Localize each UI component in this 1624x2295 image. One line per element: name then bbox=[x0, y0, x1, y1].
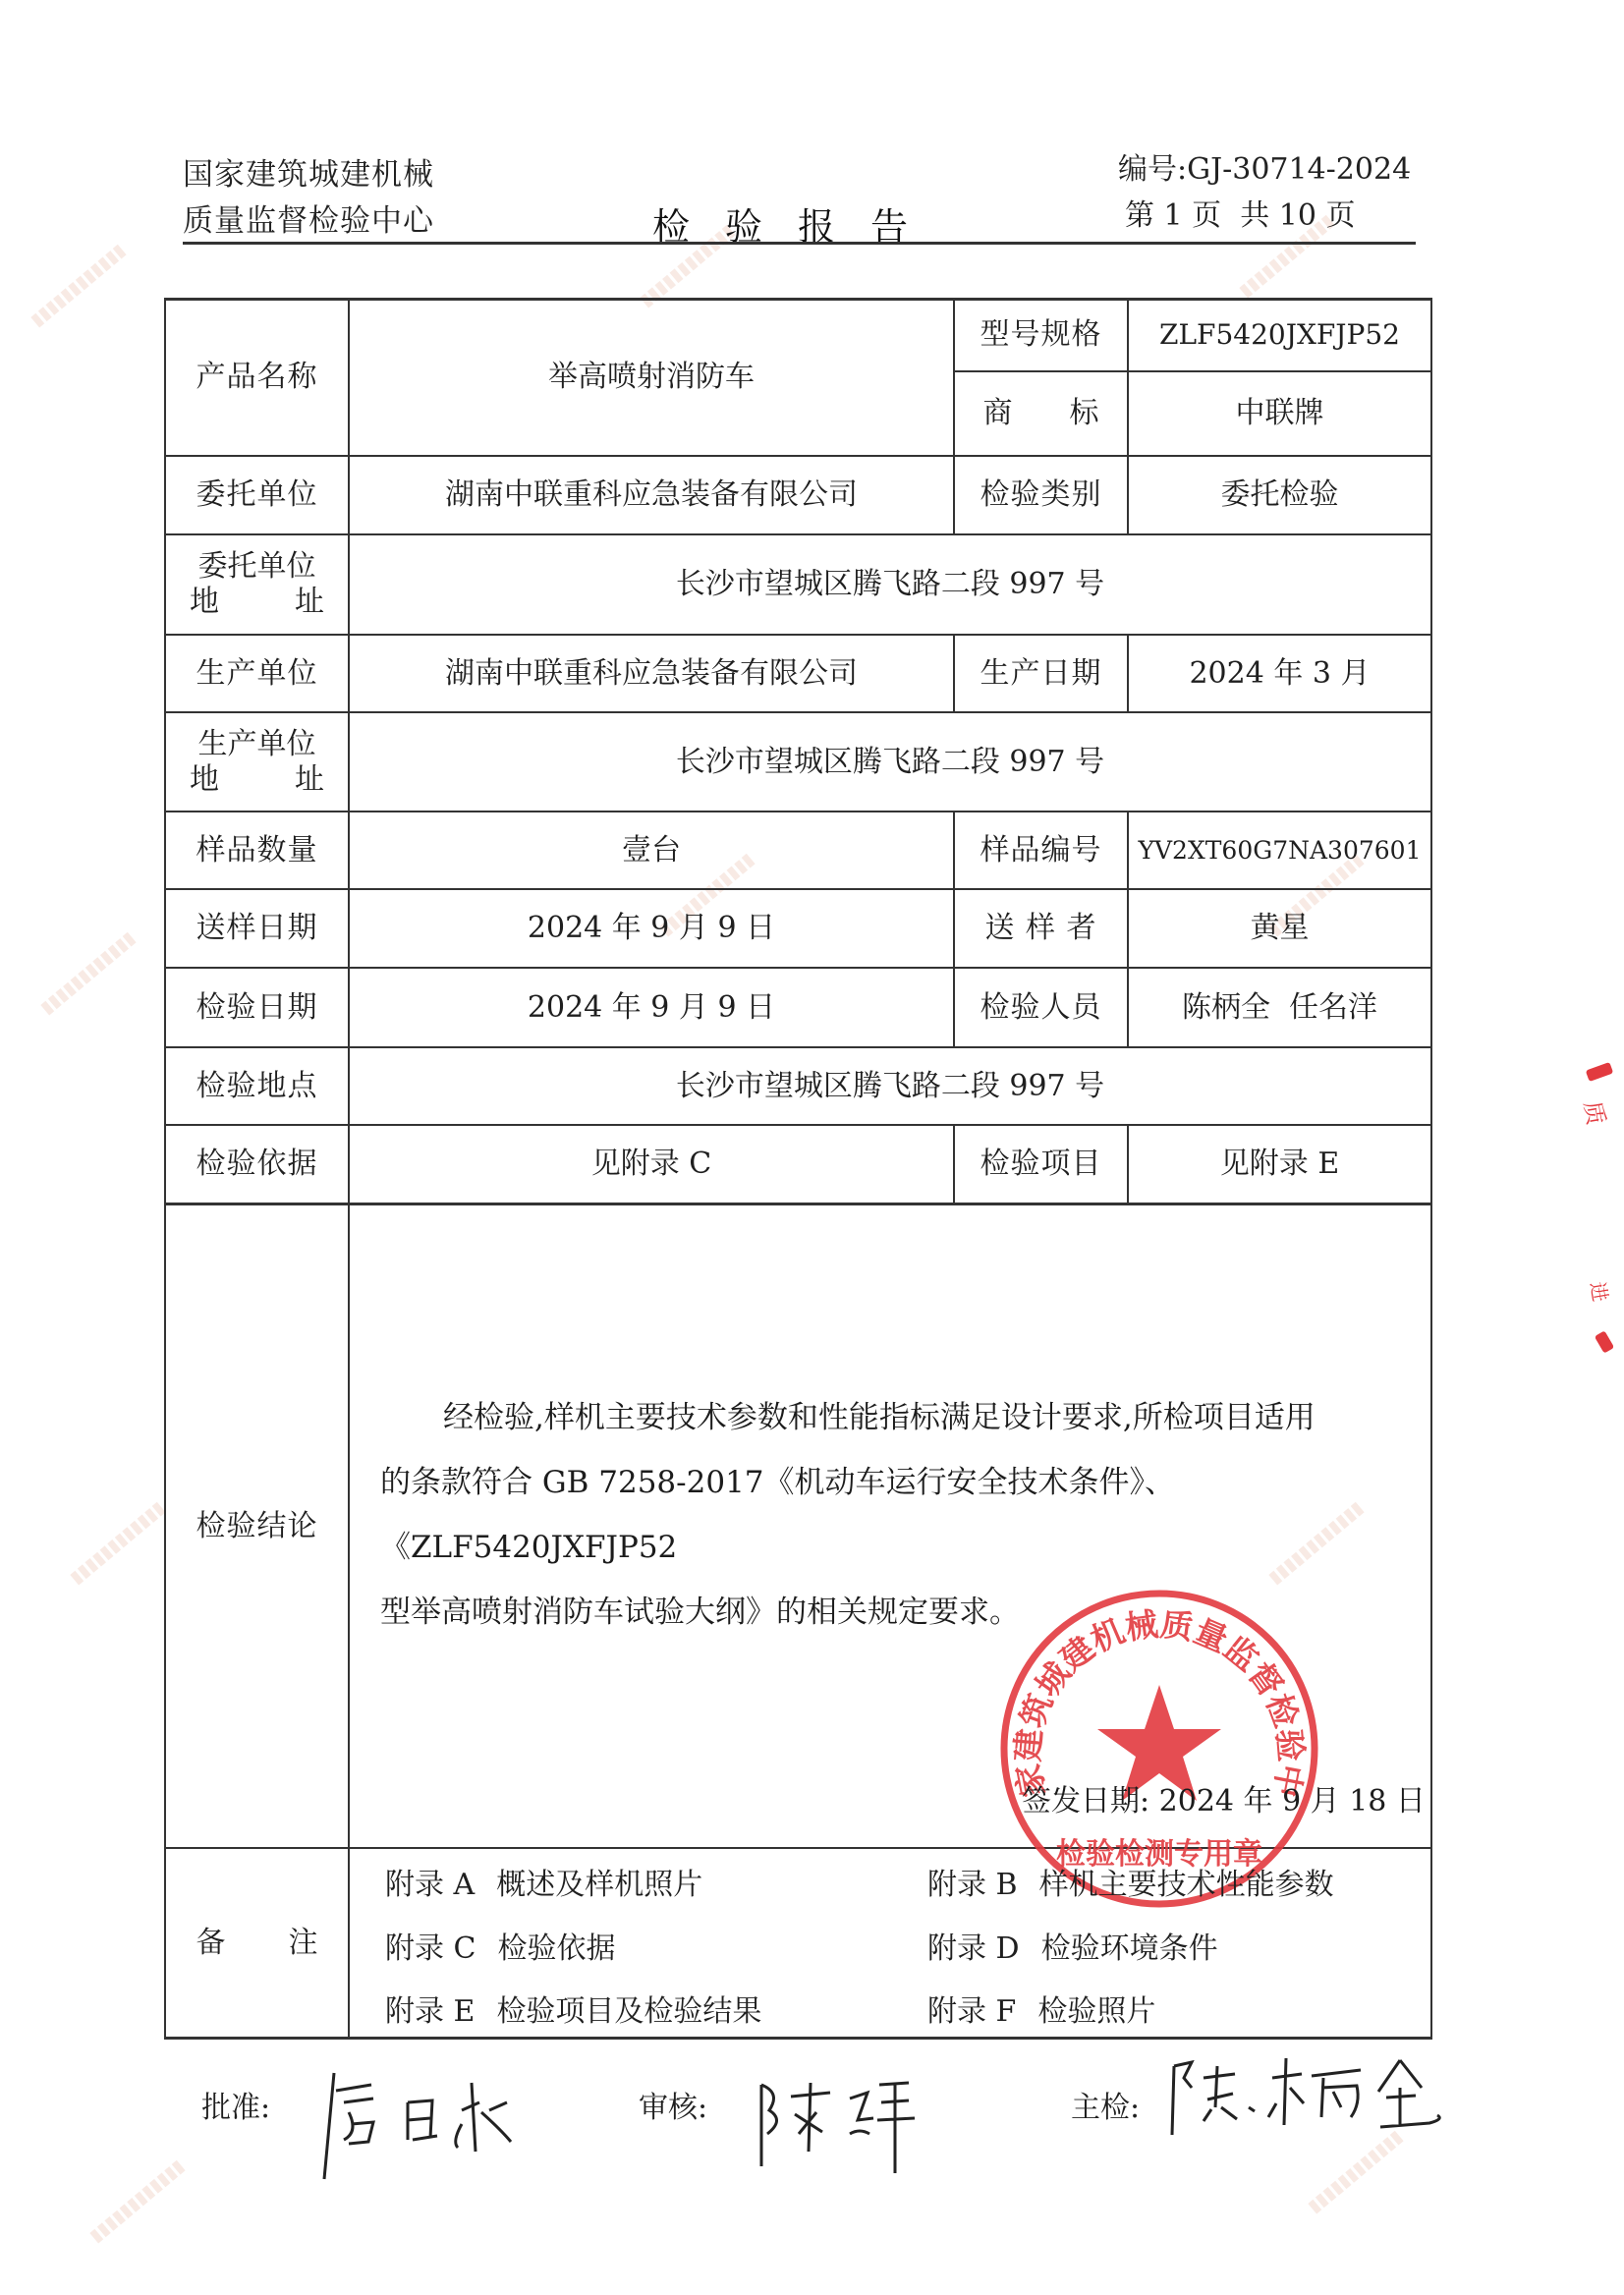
manufacturer-value: 湖南中联重科应急装备有限公司 bbox=[350, 636, 953, 711]
manufacturer-address-label-line2: 地址 bbox=[190, 762, 324, 798]
remarks-label: 备 注 bbox=[166, 1849, 348, 2037]
client-value: 湖南中联重科应急装备有限公司 bbox=[350, 457, 953, 533]
manufacturer-label: 生产单位 bbox=[166, 636, 348, 711]
sample-number-value: YV2XT60G7NA307601 bbox=[1129, 812, 1430, 888]
table-border-right bbox=[1430, 298, 1432, 2039]
brand-label: 商 标 bbox=[955, 372, 1127, 455]
sample-number-label: 样品编号 bbox=[955, 812, 1127, 888]
remarks-label-b: 注 bbox=[289, 1926, 318, 1961]
appendix-item: 附录 F检验照片 bbox=[927, 1987, 1155, 2030]
header-rule bbox=[183, 242, 1416, 245]
handwritten-signature-icon bbox=[1164, 2048, 1449, 2147]
report-number: 编号:GJ-30714-2024 bbox=[1118, 155, 1411, 185]
issue-date: 签发日期: 2024 年 9 月 18 日 bbox=[1022, 1776, 1426, 1819]
client-address-value: 长沙市望城区腾飞路二段 997 号 bbox=[350, 535, 1430, 634]
org-name-line2: 质量监督检验中心 bbox=[183, 206, 434, 237]
sample-quantity-value: 壹台 bbox=[350, 812, 953, 888]
brand-label-a: 商 bbox=[983, 396, 1013, 431]
chief-inspector-signature bbox=[1164, 2048, 1449, 2151]
chief-inspector-label: 主检: bbox=[1071, 2083, 1140, 2126]
manufacturer-address-label-line1: 生产单位 bbox=[190, 727, 324, 762]
review-label: 审核: bbox=[639, 2083, 707, 2126]
model-label: 型号规格 bbox=[955, 300, 1127, 370]
handwritten-signature-icon bbox=[314, 2063, 540, 2181]
appendix-item: 附录 B样机主要技术性能参数 bbox=[927, 1860, 1334, 1903]
conclusion-label: 检验结论 bbox=[166, 1205, 348, 1847]
deliverer-value: 黄星 bbox=[1129, 890, 1430, 967]
production-date-label: 生产日期 bbox=[955, 636, 1127, 711]
watermark: ▮▮▮▮▮▮▮▮▮▮▮▮ bbox=[66, 1497, 169, 1588]
inspection-items-label: 检验项目 bbox=[955, 1126, 1127, 1203]
page-info: 第 1 页 共 10 页 bbox=[1125, 201, 1355, 231]
brand-label-b: 标 bbox=[1070, 396, 1099, 431]
watermark: ▮▮▮▮▮▮▮▮▮▮▮▮ bbox=[36, 927, 140, 1018]
watermark: ▮▮▮▮▮▮▮▮▮▮▮▮ bbox=[85, 2155, 189, 2246]
delivery-date-label: 送样日期 bbox=[166, 890, 348, 967]
inspection-basis-value: 见附录 C bbox=[350, 1126, 953, 1203]
production-date-value: 2024 年 3 月 bbox=[1129, 636, 1430, 711]
manufacturer-address-label: 生产单位 地址 bbox=[166, 713, 348, 811]
handwritten-signature-icon bbox=[752, 2063, 928, 2181]
product-name-value: 举高喷射消防车 bbox=[350, 300, 953, 455]
inspectors-label: 检验人员 bbox=[955, 969, 1127, 1046]
conclusion-line-2: 的条款符合 GB 7258-2017《机动车运行安全技术条件》、《ZLF5420… bbox=[380, 1450, 1422, 1580]
delivery-date-value: 2024 年 9 月 9 日 bbox=[350, 890, 953, 967]
client-label: 委托单位 bbox=[166, 457, 348, 533]
brand-value: 中联牌 bbox=[1129, 372, 1430, 455]
conclusion-line-1: 经检验,样机主要技术参数和性能指标满足设计要求,所检项目适用 bbox=[380, 1385, 1422, 1450]
seam-seal-fragment: 质 进 bbox=[1577, 1056, 1624, 1371]
report-number-label: 编号: bbox=[1118, 152, 1187, 187]
approve-label: 批准: bbox=[201, 2083, 270, 2126]
org-name-line1: 国家建筑城建机械 bbox=[183, 160, 434, 191]
inspection-items-value: 见附录 E bbox=[1129, 1126, 1430, 1203]
inspection-date-label: 检验日期 bbox=[166, 969, 348, 1046]
client-address-label-line1: 委托单位 bbox=[190, 549, 324, 585]
appendix-item: 附录 D检验环境条件 bbox=[927, 1924, 1218, 1967]
appendix-item: 附录 C检验依据 bbox=[385, 1924, 616, 1967]
client-address-label: 委托单位 地址 bbox=[166, 535, 348, 634]
inspection-basis-label: 检验依据 bbox=[166, 1126, 348, 1203]
appendix-item: 附录 A概述及样机照片 bbox=[385, 1860, 702, 1903]
table-border-bottom bbox=[164, 2037, 1432, 2040]
inspection-type-value: 委托检验 bbox=[1129, 457, 1430, 533]
approve-signature bbox=[314, 2063, 540, 2185]
client-address-label-line2: 地址 bbox=[190, 585, 324, 620]
model-value: ZLF5420JXFJP52 bbox=[1129, 300, 1430, 370]
manufacturer-address-value: 长沙市望城区腾飞路二段 997 号 bbox=[350, 713, 1430, 811]
appendix-item: 附录 E检验项目及检验结果 bbox=[385, 1987, 761, 2030]
review-signature bbox=[752, 2063, 928, 2185]
remarks-label-a: 备 bbox=[196, 1926, 226, 1961]
sample-quantity-label: 样品数量 bbox=[166, 812, 348, 888]
report-number-value: GJ-30714-2024 bbox=[1187, 152, 1411, 187]
inspection-type-label: 检验类别 bbox=[955, 457, 1127, 533]
inspection-site-label: 检验地点 bbox=[166, 1048, 348, 1124]
deliverer-label: 送 样 者 bbox=[955, 890, 1127, 967]
inspectors-value: 陈柄全 任名洋 bbox=[1129, 969, 1430, 1046]
inspection-date-value: 2024 年 9 月 9 日 bbox=[350, 969, 953, 1046]
row-divider bbox=[164, 1203, 1432, 1205]
product-name-label: 产品名称 bbox=[166, 300, 348, 455]
inspection-site-value: 长沙市望城区腾飞路二段 997 号 bbox=[350, 1048, 1430, 1124]
watermark: ▮▮▮▮▮▮▮▮▮▮▮▮ bbox=[27, 240, 130, 330]
